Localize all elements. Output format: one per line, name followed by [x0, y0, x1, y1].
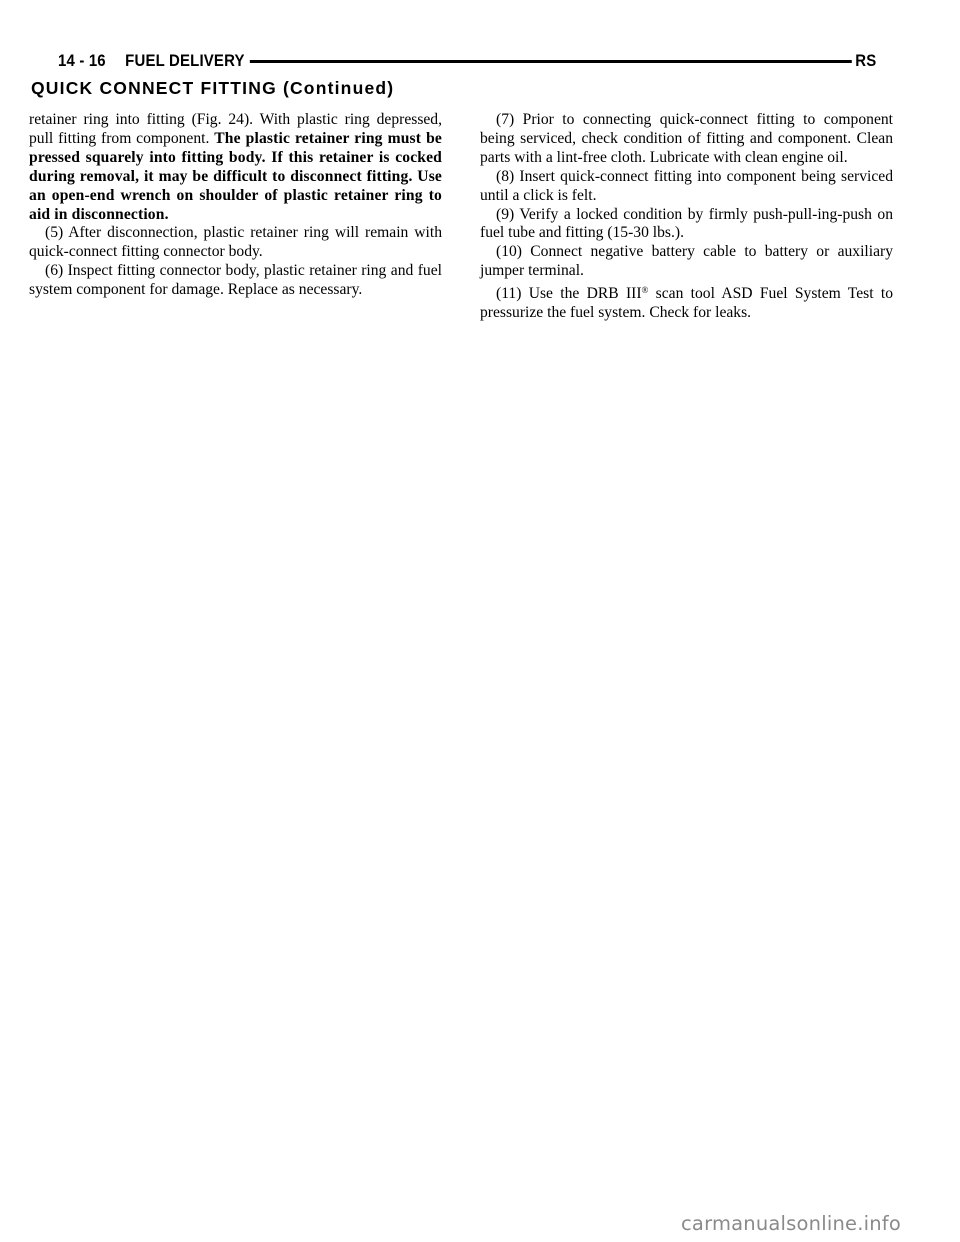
- step-11: (11) Use the DRB III® scan tool ASD Fuel…: [480, 281, 893, 323]
- page-header: 14 - 16 FUEL DELIVERY RS: [58, 50, 876, 72]
- step-7: (7) Prior to connecting quick-connect fi…: [480, 111, 893, 168]
- step-5: (5) After disconnection, plastic retaine…: [29, 224, 442, 262]
- step-9: (9) Verify a locked condition by firmly …: [480, 206, 893, 244]
- model-code: RS: [855, 51, 876, 71]
- continued-paragraph: retainer ring into fitting (Fig. 24). Wi…: [29, 111, 442, 224]
- step-10: (10) Connect negative battery cable to b…: [480, 243, 893, 281]
- step-11-text-a: (11) Use the DRB III: [496, 285, 642, 302]
- section-title: QUICK CONNECT FITTING (Continued): [31, 78, 394, 99]
- section-name: FUEL DELIVERY: [125, 51, 245, 71]
- watermark-link[interactable]: carmanualsonline.info: [681, 1212, 901, 1235]
- header-rule: [250, 60, 852, 63]
- right-column: (7) Prior to connecting quick-connect fi…: [480, 111, 893, 323]
- step-8: (8) Insert quick-connect fitting into co…: [480, 168, 893, 206]
- page-number: 14 - 16: [58, 51, 106, 71]
- left-column: retainer ring into fitting (Fig. 24). Wi…: [29, 111, 442, 300]
- step-6: (6) Inspect fitting connector body, plas…: [29, 262, 442, 300]
